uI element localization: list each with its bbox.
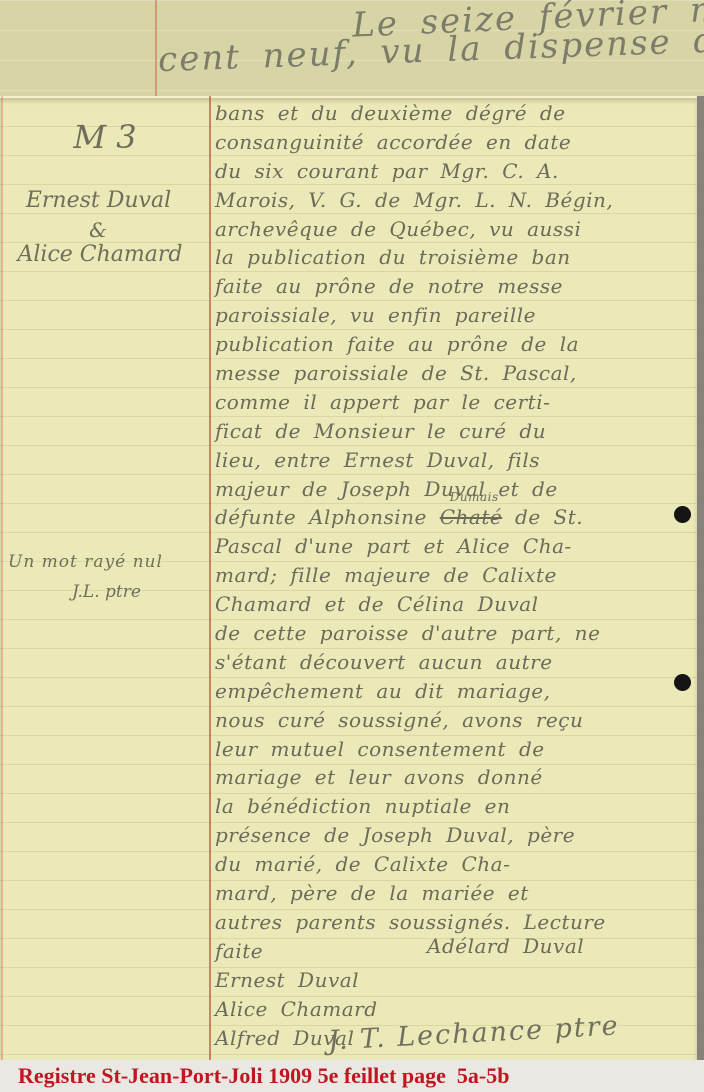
- register-line: s'étant découvert aucun autre: [215, 648, 695, 677]
- page-edge: [697, 96, 704, 1060]
- previous-page-fragment: Le seize février mil n cent neuf, vu la …: [0, 0, 704, 96]
- register-line: messe paroissiale de St. Pascal,: [215, 359, 695, 388]
- register-line: la bénédiction nuptiale en: [215, 792, 695, 821]
- register-line-with-correction: défunte Alphonsine DumaisChaté de St.: [215, 503, 695, 532]
- register-line: Pascal d'une part et Alice Cha-: [215, 532, 695, 561]
- margin-rule-line: [209, 96, 211, 1060]
- register-line: la publication du troisième ban: [215, 243, 695, 272]
- register-line: publication faite au prône de la: [215, 330, 695, 359]
- line-prefix: défunte Alphonsine: [215, 505, 440, 529]
- register-line: mard, père de la mariée et: [215, 879, 695, 908]
- register-line: comme il appert par le certi-: [215, 388, 695, 417]
- left-rule-line: [1, 96, 3, 1060]
- register-line: faite au prône de notre messe: [215, 272, 695, 301]
- register-line: consanguinité accordée en date: [215, 128, 695, 157]
- register-line: ficat de Monsieur le curé du: [215, 417, 695, 446]
- caption-bar: Registre St-Jean-Port-Joli 1909 5e feill…: [0, 1060, 704, 1092]
- margin-ampersand: &: [88, 218, 108, 242]
- punch-hole: [674, 674, 691, 691]
- register-line: nous curé soussigné, avons reçu: [215, 706, 695, 735]
- margin-note-initials: J.L. ptre: [72, 582, 141, 602]
- register-line: lieu, entre Ernest Duval, fils: [215, 446, 695, 475]
- margin-note-struck-word: Un mot rayé nul: [8, 552, 163, 572]
- register-line: archevêque de Québec, vu aussi: [215, 215, 695, 244]
- register-line: présence de Joseph Duval, père: [215, 821, 695, 850]
- register-line: mariage et leur avons donné: [215, 763, 695, 792]
- interlinear-correction: Dumais: [450, 491, 499, 503]
- register-line: Chamard et de Célina Duval: [215, 590, 695, 619]
- register-line: empêchement au dit mariage,: [215, 677, 695, 706]
- register-line: de cette paroisse d'autre part, ne: [215, 619, 695, 648]
- margin-groom-name: Ernest Duval: [6, 188, 191, 213]
- witness-signature: Adélard Duval: [427, 932, 584, 961]
- register-line: Marois, V. G. de Mgr. L. N. Bégin,: [215, 186, 695, 215]
- register-line: mard; fille majeure de Calixte: [215, 561, 695, 590]
- line-suffix: de St.: [502, 505, 583, 529]
- margin-rule-line: [155, 0, 157, 96]
- groom-signature: Ernest Duval: [215, 966, 695, 995]
- margin-bride-name: Alice Chamard: [0, 242, 200, 267]
- page-caption: Registre St-Jean-Port-Joli 1909 5e feill…: [0, 1060, 704, 1089]
- register-line-lecture-faite: faite Adélard Duval: [215, 937, 695, 966]
- register-line: du marié, de Calixte Cha-: [215, 850, 695, 879]
- line-text: faite: [215, 939, 263, 963]
- entry-number: M 3: [40, 118, 170, 156]
- register-line: paroissiale, vu enfin pareille: [215, 301, 695, 330]
- struck-word: Chaté: [440, 505, 502, 529]
- register-body: bans et du deuxième dégré de consanguini…: [215, 99, 695, 1052]
- register-line: leur mutuel consentement de: [215, 735, 695, 764]
- struck-word-wrap: DumaisChaté: [440, 503, 502, 532]
- register-line: du six courant par Mgr. C. A.: [215, 157, 695, 186]
- register-line: bans et du deuxième dégré de: [215, 99, 695, 128]
- punch-hole: [674, 506, 691, 523]
